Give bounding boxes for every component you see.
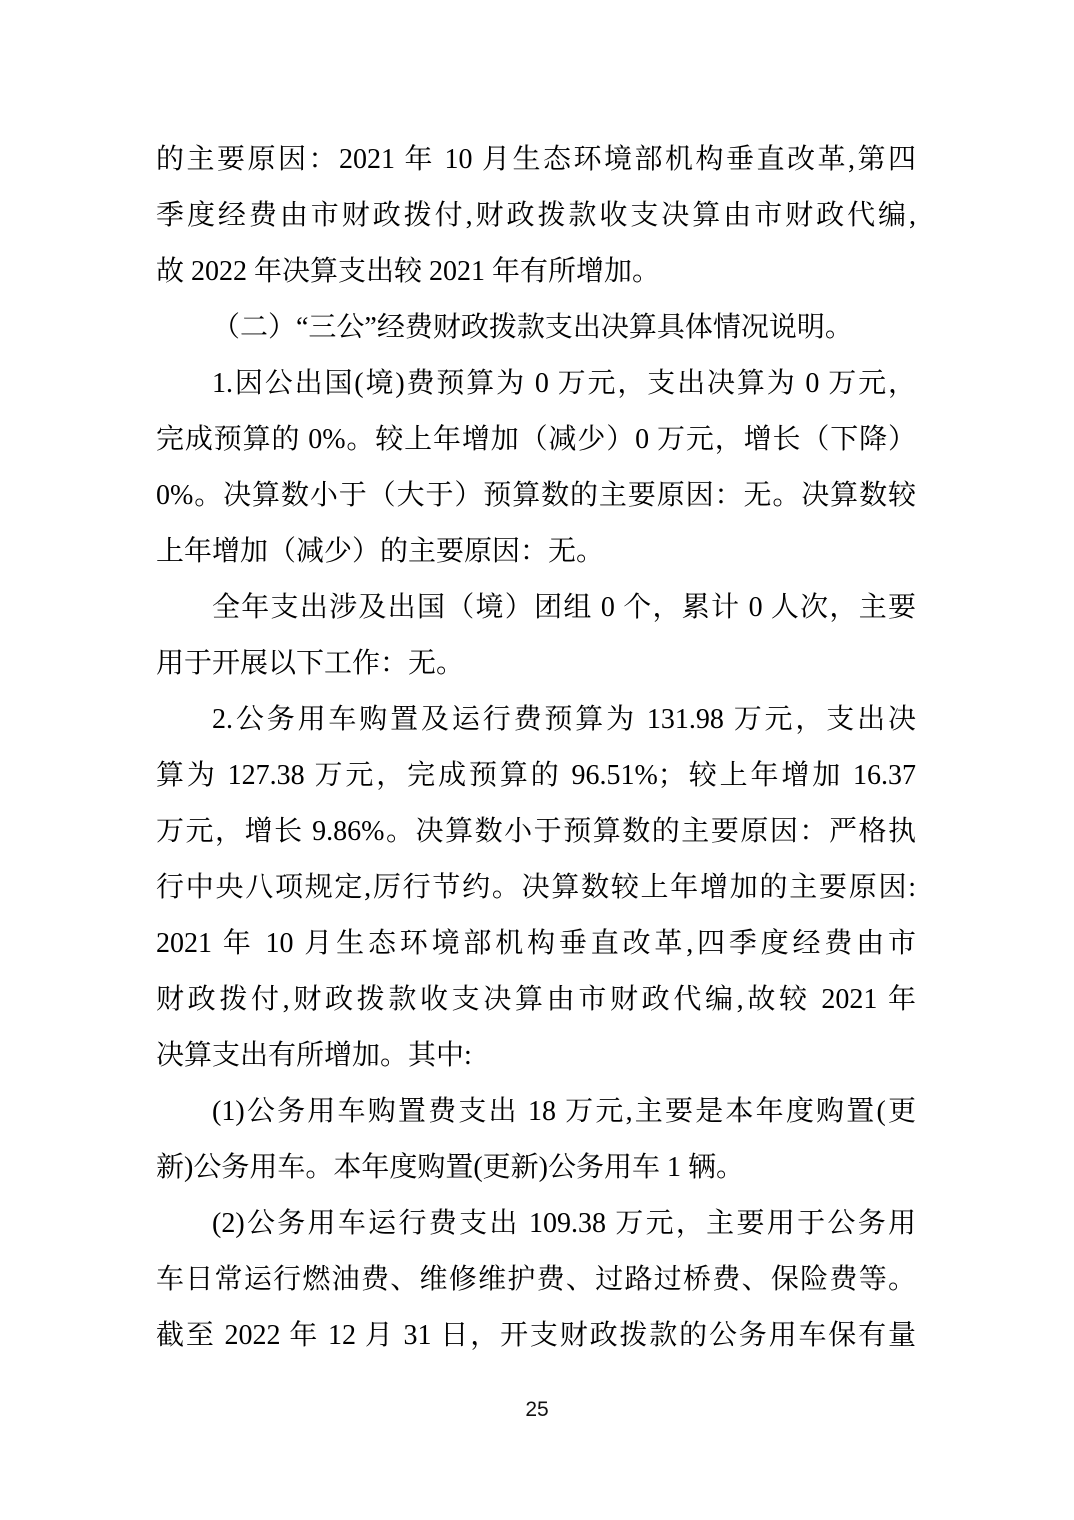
body-text-line: (1)公务用车购置费支出 18 万元,主要是本年度购置(更	[156, 1084, 916, 1140]
body-text-line: 万元，增长 9.86%。决算数小于预算数的主要原因：严格执	[156, 804, 916, 860]
body-text-line: 全年支出涉及出国（境）团组 0 个，累计 0 人次，主要	[156, 580, 916, 636]
body-text-line: 新)公务用车。本年度购置(更新)公务用车 1 辆。	[156, 1140, 916, 1196]
body-text-line: 上年增加（减少）的主要原因：无。	[156, 524, 916, 580]
body-text-line: 用于开展以下工作：无。	[156, 636, 916, 692]
body-text-line: 故 2022 年决算支出较 2021 年有所增加。	[156, 244, 916, 300]
body-text-line: 算为 127.38 万元，完成预算的 96.51%；较上年增加 16.37	[156, 748, 916, 804]
body-text-line: 的主要原因：2021 年 10 月生态环境部机构垂直改革,第四	[156, 132, 916, 188]
body-text-line: 财政拨付,财政拨款收支决算由市财政代编,故较 2021 年	[156, 972, 916, 1028]
body-text-line: 季度经费由市财政拨付,财政拨款收支决算由市财政代编,	[156, 188, 916, 244]
body-text-line: 1.因公出国(境)费预算为 0 万元，支出决算为 0 万元，	[156, 356, 916, 412]
body-text-line: 决算支出有所增加。其中:	[156, 1028, 916, 1084]
page-footer: 25	[0, 1398, 1074, 1422]
body-text-line: 0%。决算数小于（大于）预算数的主要原因：无。决算数较	[156, 468, 916, 524]
body-text-line: 2.公务用车购置及运行费预算为 131.98 万元，支出决	[156, 692, 916, 748]
body-text-line: 行中央八项规定,厉行节约。决算数较上年增加的主要原因:	[156, 860, 916, 916]
document-body: 的主要原因：2021 年 10 月生态环境部机构垂直改革,第四季度经费由市财政拨…	[156, 132, 916, 1364]
body-text-line: 完成预算的 0%。较上年增加（减少）0 万元，增长（下降）	[156, 412, 916, 468]
body-text-line: 车日常运行燃油费、维修维护费、过路过桥费、保险费等。	[156, 1252, 916, 1308]
body-text-line: （二）“三公”经费财政拨款支出决算具体情况说明。	[156, 300, 916, 356]
body-text-line: 2021 年 10 月生态环境部机构垂直改革,四季度经费由市	[156, 916, 916, 972]
body-text-line: 截至 2022 年 12 月 31 日，开支财政拨款的公务用车保有量	[156, 1308, 916, 1364]
page-number: 25	[525, 1398, 548, 1421]
document-page: 的主要原因：2021 年 10 月生态环境部机构垂直改革,第四季度经费由市财政拨…	[0, 0, 1074, 1520]
body-text-line: (2)公务用车运行费支出 109.38 万元，主要用于公务用	[156, 1196, 916, 1252]
